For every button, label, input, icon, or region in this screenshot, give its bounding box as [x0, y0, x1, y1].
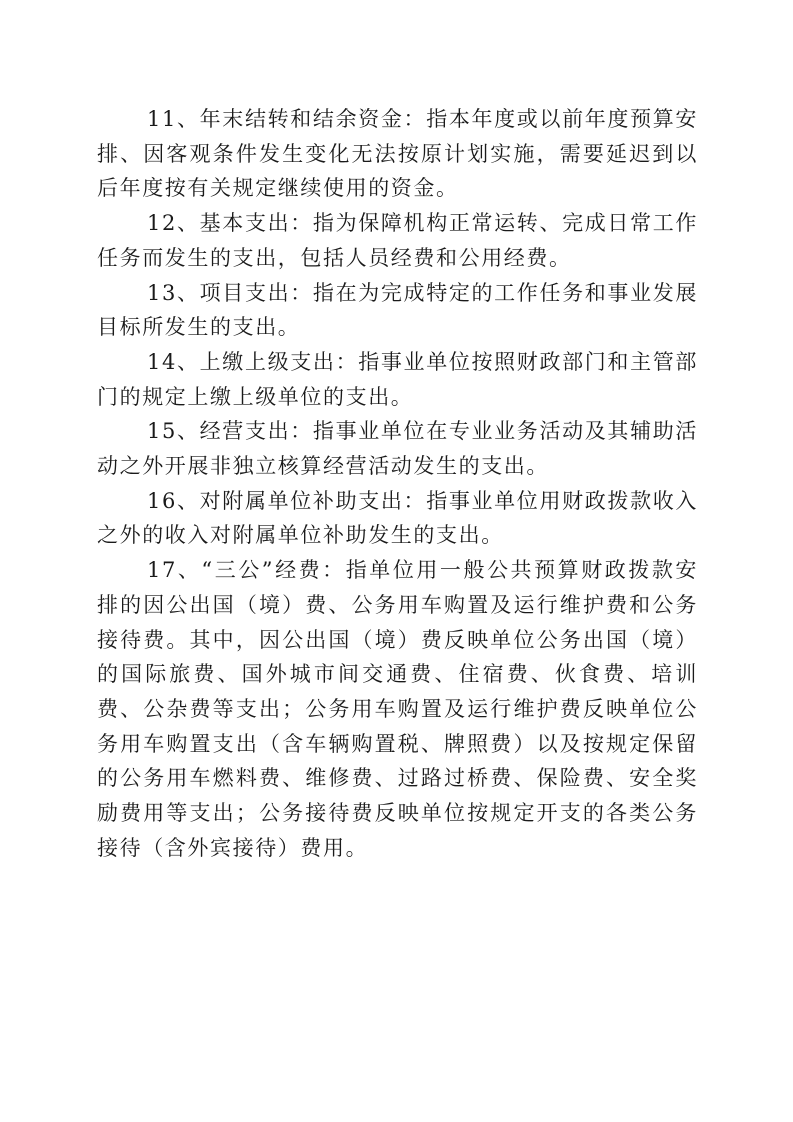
- paragraph-number: 17、: [147, 558, 201, 582]
- paragraph-text: “三公”经费：指单位用一般公共预算财政拨款安排的因公出国（境）费、公务用车购置及…: [97, 558, 698, 860]
- paragraph-number: 15、: [147, 419, 200, 443]
- definition-paragraph-13: 13、项目支出：指在为完成特定的工作任务和事业发展目标所发生的支出。: [97, 276, 698, 345]
- definition-paragraph-14: 14、上缴上级支出：指事业单位按照财政部门和主管部门的规定上缴上级单位的支出。: [97, 345, 698, 414]
- paragraph-number: 14、: [147, 350, 200, 374]
- paragraph-number: 13、: [147, 281, 200, 305]
- paragraph-number: 12、: [147, 211, 200, 235]
- definition-paragraph-17: 17、“三公”经费：指单位用一般公共预算财政拨款安排的因公出国（境）费、公务用车…: [97, 553, 698, 865]
- definition-paragraph-11: 11、年末结转和结余资金：指本年度或以前年度预算安排、因客观条件发生变化无法按原…: [97, 102, 698, 206]
- definition-paragraph-16: 16、对附属单位补助支出：指事业单位用财政拨款收入之外的收入对附属单位补助发生的…: [97, 484, 698, 553]
- document-page: 11、年末结转和结余资金：指本年度或以前年度预算安排、因客观条件发生变化无法按原…: [97, 102, 698, 865]
- definition-paragraph-15: 15、经营支出：指事业单位在专业业务活动及其辅助活动之外开展非独立核算经营活动发…: [97, 414, 698, 483]
- definition-paragraph-12: 12、基本支出：指为保障机构正常运转、完成日常工作任务而发生的支出，包括人员经费…: [97, 206, 698, 275]
- paragraph-number: 11、: [147, 107, 200, 131]
- paragraph-number: 16、: [147, 489, 200, 513]
